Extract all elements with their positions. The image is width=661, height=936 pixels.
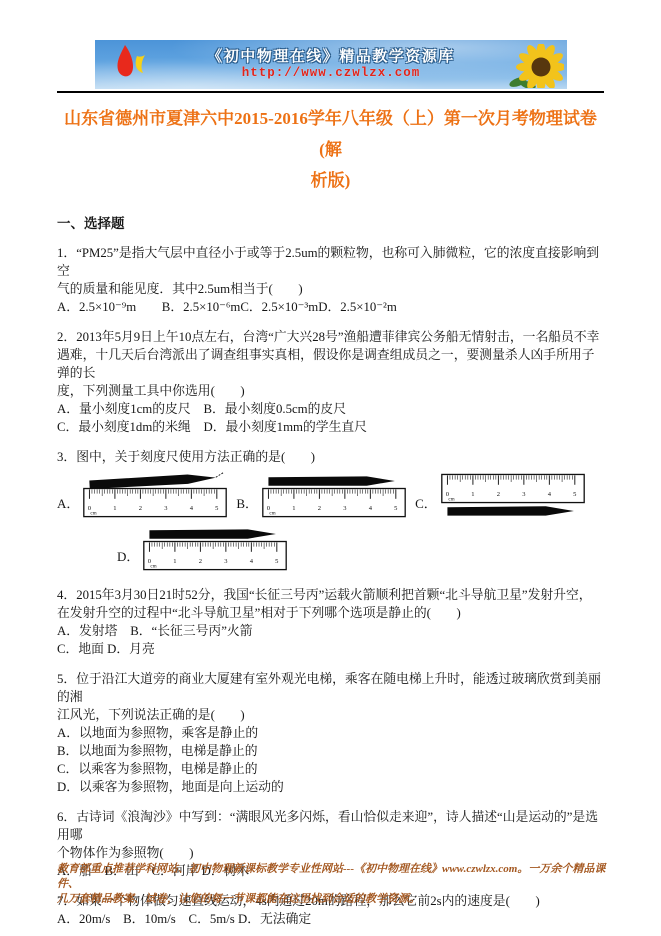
svg-text:cm: cm	[269, 511, 275, 517]
site-title: 《初中物理在线》精品教学资源库	[153, 49, 509, 66]
svg-text:1: 1	[114, 505, 117, 512]
question-line: D．以乘客为参照物，地面是向上运动的	[57, 778, 604, 796]
question-line: A．20m/s B．10m/s C．5m/s D．无法确定	[57, 910, 604, 928]
ruler-option-pencil-top-tilted: A．012345cm	[57, 471, 229, 521]
svg-text:2: 2	[139, 505, 142, 512]
ruler-figure-row: A．012345cmB．012345cmC．012345cm	[57, 471, 604, 521]
questions: 1．“PM25”是指大气层中直径小于或等于2.5um的颗粒物，也称可入肺微粒，它…	[57, 244, 604, 928]
question-line: A．发射塔 B．“长征三号丙”火箭	[57, 622, 604, 640]
ruler-figure: A．012345cmB．012345cmC．012345cmD．012345cm	[57, 471, 604, 574]
svg-text:2: 2	[496, 491, 499, 498]
site-url: http://www.czwlzx.com	[153, 66, 509, 80]
question-line: A．2.5×10⁻⁹m B．2.5×10⁻⁶mC．2.5×10⁻³mD．2.5×…	[57, 298, 604, 316]
question-line: C．最小刻度1dm的米绳 D．最小刻度1mm的学生直尺	[57, 418, 604, 436]
svg-text:cm: cm	[91, 511, 97, 517]
page-footer-line-1: 教育部重点推荐学科网站、初中物理新课标教学专业性网站---《初中物理在线》www…	[57, 862, 615, 892]
doc-title-line-2: 析版)	[57, 165, 604, 196]
question-line: 气的质量和能见度．其中2.5um相当于( )	[57, 280, 604, 298]
svg-text:cm: cm	[151, 564, 157, 570]
page-footer: 教育部重点推荐学科网站、初中物理新课标教学专业性网站---《初中物理在线》www…	[57, 862, 615, 907]
ruler-option-label: A．	[57, 495, 79, 521]
question-line: 5．位于沿江大道旁的商业大厦建有室外观光电梯，乘客在随电梯上升时，能透过玻璃欣赏…	[57, 670, 604, 706]
question-line: 6．古诗词《浪淘沙》中写到：“满眼风光多闪烁，看山恰似走来迎”，诗人描述“山是运…	[57, 808, 604, 844]
svg-text:1: 1	[174, 558, 177, 565]
section-heading: 一、选择题	[57, 212, 604, 232]
banner-text: 《初中物理在线》精品教学资源库 http://www.czwlzx.com	[153, 49, 509, 81]
ruler-option-pencil-bottom: C．012345cm	[415, 471, 587, 521]
question-4: 4．2015年3月30日21时52分，我国“长征三号丙”运载火箭顺利把首颗“北斗…	[57, 586, 604, 658]
question-line: 2．2013年5月9日上午10点左右，台湾“广大兴28号”渔船遭菲律宾公务船无情…	[57, 328, 604, 346]
ruler-image: 012345cm	[439, 471, 587, 521]
question-line: 江风光，下列说法正确的是( )	[57, 706, 604, 724]
ruler-image: 012345cm	[81, 471, 229, 521]
site-logo-icon	[111, 42, 153, 87]
question-line: 在发射升空的过程中“北斗导航卫星”相对于下列哪个选项是静止的( )	[57, 604, 604, 622]
svg-text:cm: cm	[448, 497, 454, 503]
ruler-image: 012345cm	[141, 524, 289, 574]
question-line: 3．图中，关于刻度尺使用方法正确的是( )	[57, 448, 604, 466]
svg-text:1: 1	[471, 491, 474, 498]
banner: 《初中物理在线》精品教学资源库 http://www.czwlzx.com	[95, 40, 567, 89]
question-line: C．地面 D．月亮	[57, 640, 604, 658]
document-page: 《初中物理在线》精品教学资源库 http://www.czwlzx.com	[0, 0, 661, 928]
sunflower-icon	[504, 44, 564, 89]
svg-text:2: 2	[199, 558, 202, 565]
question-line: 遇难，十几天后台湾派出了调查组事实真相，假设你是调查组成员之一，要测量杀人凶手所…	[57, 346, 604, 382]
question-line: C．以乘客为参照物，电梯是静止的	[57, 760, 604, 778]
ruler-figure-row: D．012345cm	[117, 524, 604, 574]
divider-line	[57, 91, 604, 93]
question-line: A．量小刻度1cm的皮尺 B．最小刻度0.5cm的皮尺	[57, 400, 604, 418]
page-footer-line-2: 几万套精品教案、试卷，让您的每一节课都能在这里找到合适的教学资源。	[57, 892, 615, 907]
question-line: 个物体作为参照物( )	[57, 844, 604, 862]
ruler-option-label: D．	[117, 548, 139, 574]
question-line: 度，下列测量工具中你选用( )	[57, 382, 604, 400]
question-line: B．以地面为参照物，电梯是静止的	[57, 742, 604, 760]
ruler-option-pencil-top: B．012345cm	[236, 471, 408, 521]
question-line: A．以地面为参照物，乘客是静止的	[57, 724, 604, 742]
question-line: 4．2015年3月30日21时52分，我国“长征三号丙”运载火箭顺利把首颗“北斗…	[57, 586, 604, 604]
question-3: 3．图中，关于刻度尺使用方法正确的是( )A．012345cmB．012345c…	[57, 448, 604, 574]
ruler-option-label: B．	[236, 495, 258, 521]
ruler-image: 012345cm	[260, 471, 408, 521]
svg-text:2: 2	[318, 505, 321, 512]
doc-title: 山东省德州市夏津六中2015-2016学年八年级（上）第一次月考物理试卷(解 析…	[57, 103, 604, 196]
question-line: 1．“PM25”是指大气层中直径小于或等于2.5um的颗粒物，也称可入肺微粒，它…	[57, 244, 604, 280]
question-1: 1．“PM25”是指大气层中直径小于或等于2.5um的颗粒物，也称可入肺微粒，它…	[57, 244, 604, 316]
svg-text:1: 1	[292, 505, 295, 512]
doc-title-line-1: 山东省德州市夏津六中2015-2016学年八年级（上）第一次月考物理试卷(解	[57, 103, 604, 165]
ruler-option-label: C．	[415, 495, 437, 521]
question-2: 2．2013年5月9日上午10点左右，台湾“广大兴28号”渔船遭菲律宾公务船无情…	[57, 328, 604, 436]
ruler-option-pencil-top: D．012345cm	[117, 524, 289, 574]
question-5: 5．位于沿江大道旁的商业大厦建有室外观光电梯，乘客在随电梯上升时，能透过玻璃欣赏…	[57, 670, 604, 796]
